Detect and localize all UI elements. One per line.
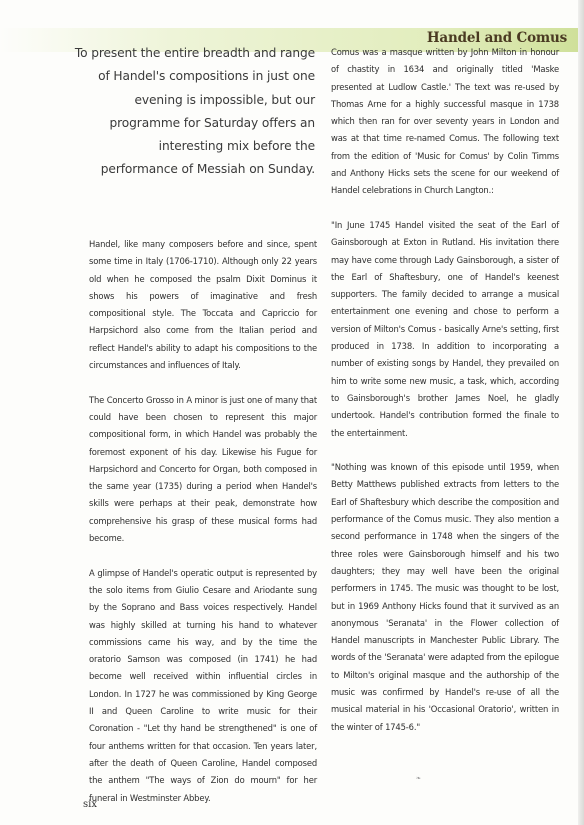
- paragraph-operatic-output: A glimpse of Handel's operatic output is…: [89, 565, 317, 807]
- fleuron-ornament-icon: ❧: [416, 775, 421, 782]
- intro-line: performance of Messiah on Sunday.: [60, 158, 315, 181]
- intro-line: of Handel's compositions in just one: [60, 65, 315, 88]
- page-edge-shadow: [578, 0, 584, 825]
- intro-pull-quote: To present the entire breadth and range …: [60, 42, 315, 182]
- intro-line: interesting mix before the: [60, 135, 315, 158]
- document-page: Handel and Comus To present the entire b…: [0, 0, 584, 825]
- paragraph-comus-intro: Comus was a masque written by John Milto…: [331, 44, 559, 200]
- intro-line: evening is impossible, but our: [60, 89, 315, 112]
- paragraph-italy: Handel, like many composers before and s…: [89, 236, 317, 374]
- paragraph-discovery: "Nothing was known of this episode until…: [331, 459, 559, 736]
- paragraph-exton-visit: "In June 1745 Handel visited the seat of…: [331, 217, 559, 442]
- page-number: six: [83, 799, 97, 810]
- paragraph-concerto-grosso: The Concerto Grosso in A minor is just o…: [89, 392, 317, 548]
- intro-line: To present the entire breadth and range: [60, 42, 315, 65]
- left-column: Handel, like many composers before and s…: [89, 236, 317, 824]
- right-column: Comus was a masque written by John Milto…: [331, 44, 559, 753]
- intro-line: programme for Saturday offers an: [60, 112, 315, 135]
